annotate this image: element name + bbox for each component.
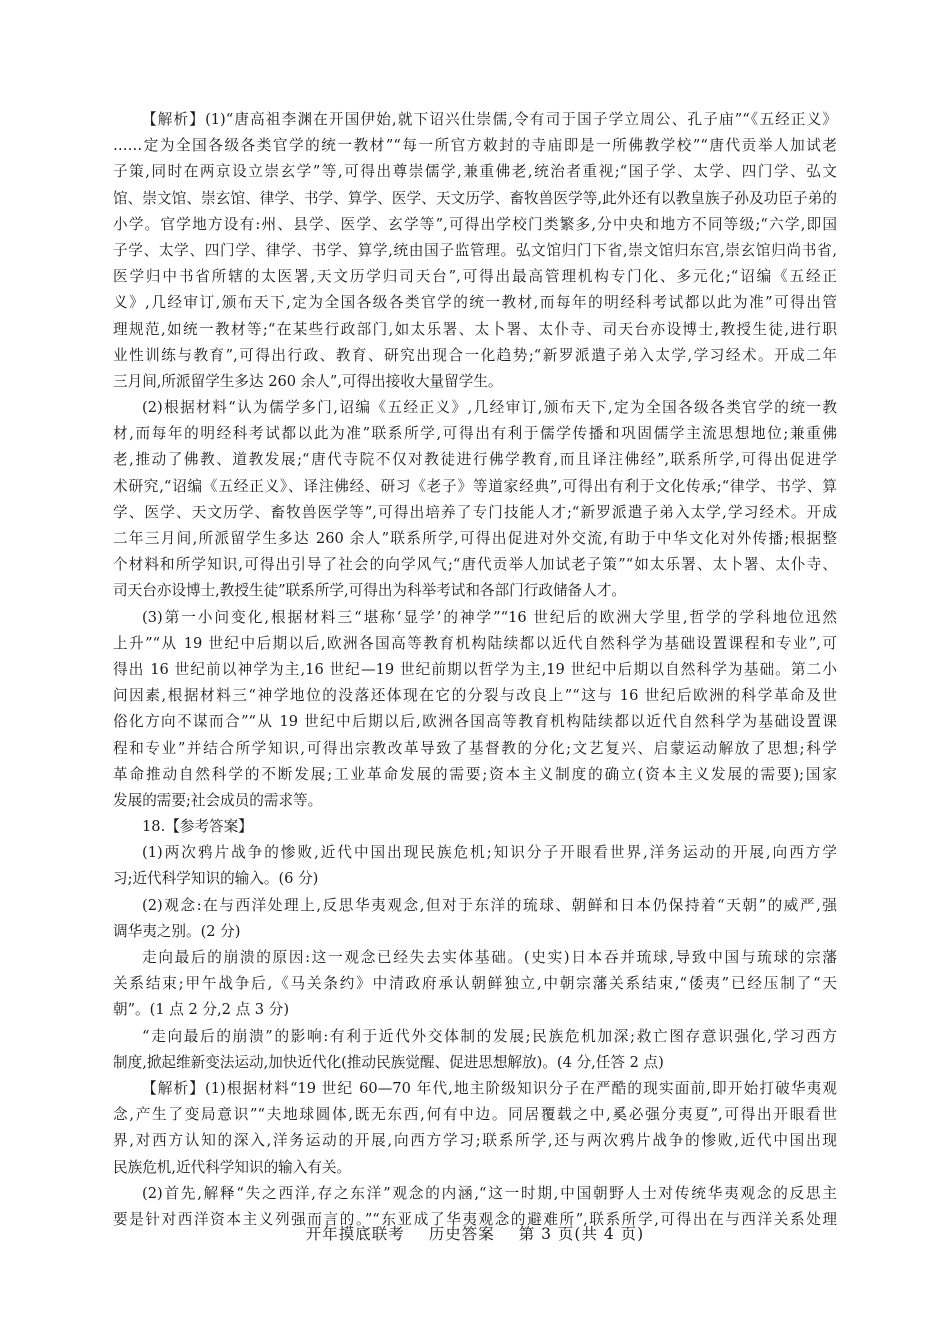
paragraph-analysis-18-1: 【解析】(1)根据材料“19 世纪 60—70 年代,地主阶级知识分子在严酷的现…: [113, 1076, 837, 1181]
text-line: 走向最后的崩溃的原因:这一观念已经失去实体基础。(史实)日本吞并琉球,导致中国与…: [113, 945, 837, 971]
document-page: 【解析】(1)“唐高祖李渊在开国伊始,就下诏兴仕崇儒,令有司于国子学立周公、孔子…: [0, 0, 950, 1324]
text-line: (2)根据材料“认为儒学多门,诏编《五经正义》,几经审订,颁布天下,定为全国各级…: [113, 395, 837, 421]
text-line: 司天台亦设博士,教授生徒”联系所学,可得出为科举考试和各部门行政储备人才。: [113, 578, 837, 604]
paragraph-answer-18-2-cause: 走向最后的崩溃的原因:这一观念已经失去实体基础。(史实)日本吞并琉球,导致中国与…: [113, 945, 837, 1024]
answer-18-heading: 18.【参考答案】: [113, 814, 837, 840]
text-line: (3)第一小问变化,根据材料三“堪称‘显学’的神学”“16 世纪后的欧洲大学里,…: [113, 605, 837, 631]
paragraph-analysis-17-2: (2)根据材料“认为儒学多门,诏编《五经正义》,几经审订,颁布天下,定为全国各级…: [113, 395, 837, 605]
paragraph-analysis-17-3: (3)第一小问变化,根据材料三“堪称‘显学’的神学”“16 世纪后的欧洲大学里,…: [113, 605, 837, 815]
text-line: (1)两次鸦片战争的惨败,近代中国出现民族危机;知识分子开眼看世界,洋务运动的开…: [113, 840, 837, 866]
text-line: 界,对西方认知的深入,洋务运动的开展,向西方学习;联系所学,还与两次鸦片战争的惨…: [113, 1128, 837, 1154]
section-heading: 18.【参考答案】: [113, 814, 837, 840]
text-line: (2)观念:在与西洋处理上,反思华夷观念,但对于东洋的琉球、朝鲜和日本仍保持着“…: [113, 893, 837, 919]
text-line: 个材料和所学知识,可得出引导了社会的向学风气;“唐代贡举人加试老子策”“如太乐署…: [113, 552, 837, 578]
paragraph-answer-18-2-impact: “走向最后的崩溃”的影响:有利于近代外交体制的发展;民族危机加深;救亡图存意识强…: [113, 1024, 837, 1076]
text-line: 老,推动了佛教、道教发展;“唐代寺院不仅对教徒进行佛学教育,而且译注佛经”,联系…: [113, 447, 837, 473]
footer-page-info: 第 3 页(共 4 页): [519, 1225, 645, 1243]
text-line: (2)首先,解释“失之西洋,存之东洋”观念的内涵,“这一时期,中国朝野人士对传统…: [113, 1181, 837, 1207]
text-line: 学、医学、天文历学、畜牧兽医学等”,可得出培养了专门技能人才;“新罗派遣子弟入太…: [113, 500, 837, 526]
text-line: 念,产生了变局意识”“夫地球圆体,既无东西,何有中边。同居覆载之中,奚必强分夷夏…: [113, 1102, 837, 1128]
text-line: 朝”。(1 点 2 分,2 点 3 分): [113, 997, 837, 1023]
text-line: 调华夷之别。(2 分): [113, 919, 837, 945]
text-line: 问因素,根据材料三“神学地位的没落还体现在它的分裂与改良上”“这与 16 世纪后…: [113, 683, 837, 709]
text-line: 发展的需要;社会成员的需求等。: [113, 788, 837, 814]
text-line: 义》,几经审订,颁布天下,定为全国各级各类官学的统一教材,而每年的明经科考试都以…: [113, 290, 837, 316]
text-line: 上升”“从 19 世纪中后期以后,欧洲各国高等教育机构陆续都以近代自然科学为基础…: [113, 631, 837, 657]
text-line: 子学、太学、四门学、律学、书学、算学,统由国子监管理。弘文馆归门下省,崇文馆归东…: [113, 238, 837, 264]
text-line: 三月间,所派留学生多达 260 余人”,可得出接收大量留学生。: [113, 369, 837, 395]
text-line: 二年三月间,所派留学生多达 260 余人”联系所学,可得出促进对外交流,有助于中…: [113, 526, 837, 552]
text-line: ……定为全国各级各类官学的统一教材”“每一所官方敕封的寺庙即是一所佛教学校”“唐…: [113, 133, 837, 159]
text-line: 【解析】(1)根据材料“19 世纪 60—70 年代,地主阶级知识分子在严酷的现…: [113, 1076, 837, 1102]
paragraph-analysis-17-1: 【解析】(1)“唐高祖李渊在开国伊始,就下诏兴仕崇儒,令有司于国子学立周公、孔子…: [113, 107, 837, 395]
text-line: 民族危机,近代科学知识的输入有关。: [113, 1155, 837, 1181]
text-line: 材,而每年的明经科考试都以此为准”联系所学,可得出有利于儒学传播和巩固儒学主流思…: [113, 421, 837, 447]
text-line: 医学归中书省所辖的太医署,天文历学归司天台”,可得出最高管理机构专门化、多元化;…: [113, 264, 837, 290]
text-line: 关系结束;甲午战争后,《马关条约》中清政府承认朝鲜独立,中朝宗藩关系结束,“倭夷…: [113, 971, 837, 997]
text-line: 业性训练与教育”,可得出行政、教育、研究出现合一化趋势;“新罗派遣子弟入太学,学…: [113, 343, 837, 369]
text-line: 程和专业”并结合所学知识,可得出宗教改革导致了基督教的分化;文艺复兴、启蒙运动解…: [113, 736, 837, 762]
footer-exam-name: 开年摸底联考: [306, 1225, 405, 1243]
footer-subject: 历史答案: [429, 1225, 495, 1243]
text-line: 制度,掀起维新变法运动,加快近代化(推动民族觉醒、促进思想解放)。(4 分,任答…: [113, 1050, 837, 1076]
text-line: “走向最后的崩溃”的影响:有利于近代外交体制的发展;民族危机加深;救亡图存意识强…: [113, 1024, 837, 1050]
text-line: 习;近代科学知识的输入。(6 分): [113, 866, 837, 892]
paragraph-answer-18-1: (1)两次鸦片战争的惨败,近代中国出现民族危机;知识分子开眼看世界,洋务运动的开…: [113, 840, 837, 892]
text-line: 【解析】(1)“唐高祖李渊在开国伊始,就下诏兴仕崇儒,令有司于国子学立周公、孔子…: [113, 107, 837, 133]
text-line: 术研究,“诏编《五经正义》、译注佛经、研习《老子》等道家经典”,可得出有利于文化…: [113, 474, 837, 500]
paragraph-answer-18-2: (2)观念:在与西洋处理上,反思华夷观念,但对于东洋的琉球、朝鲜和日本仍保持着“…: [113, 893, 837, 945]
text-line: 小学。官学地方设有:州、县学、医学、玄学等”,可得出学校门类繁多,分中央和地方不…: [113, 212, 837, 238]
text-line: 馆、崇文馆、崇玄馆、律学、书学、算学、医学、天文历学、畜牧兽医学等,此外还有以教…: [113, 186, 837, 212]
text-line: 子策,同时在两京设立崇玄学”等,可得出尊崇儒学,兼重佛老,统治者重视;“国子学、…: [113, 159, 837, 185]
page-footer: 开年摸底联考 历史答案 第 3 页(共 4 页): [0, 1222, 950, 1244]
text-line: 革命推动自然科学的不断发展;工业革命发展的需要;资本主义制度的确立(资本主义发展…: [113, 762, 837, 788]
text-line: 理规范,如统一教材等;“在某些行政部门,如太乐署、太卜署、太仆寺、司天台亦设博士…: [113, 317, 837, 343]
text-line: 俗化方向不谋而合”“从 19 世纪中后期以后,欧洲各国高等教育机构陆续都以近代自…: [113, 709, 837, 735]
document-body: 【解析】(1)“唐高祖李渊在开国伊始,就下诏兴仕崇儒,令有司于国子学立周公、孔子…: [113, 107, 837, 1233]
text-line: 得出 16 世纪前以神学为主,16 世纪—19 世纪前期以哲学为主,19 世纪中…: [113, 657, 837, 683]
